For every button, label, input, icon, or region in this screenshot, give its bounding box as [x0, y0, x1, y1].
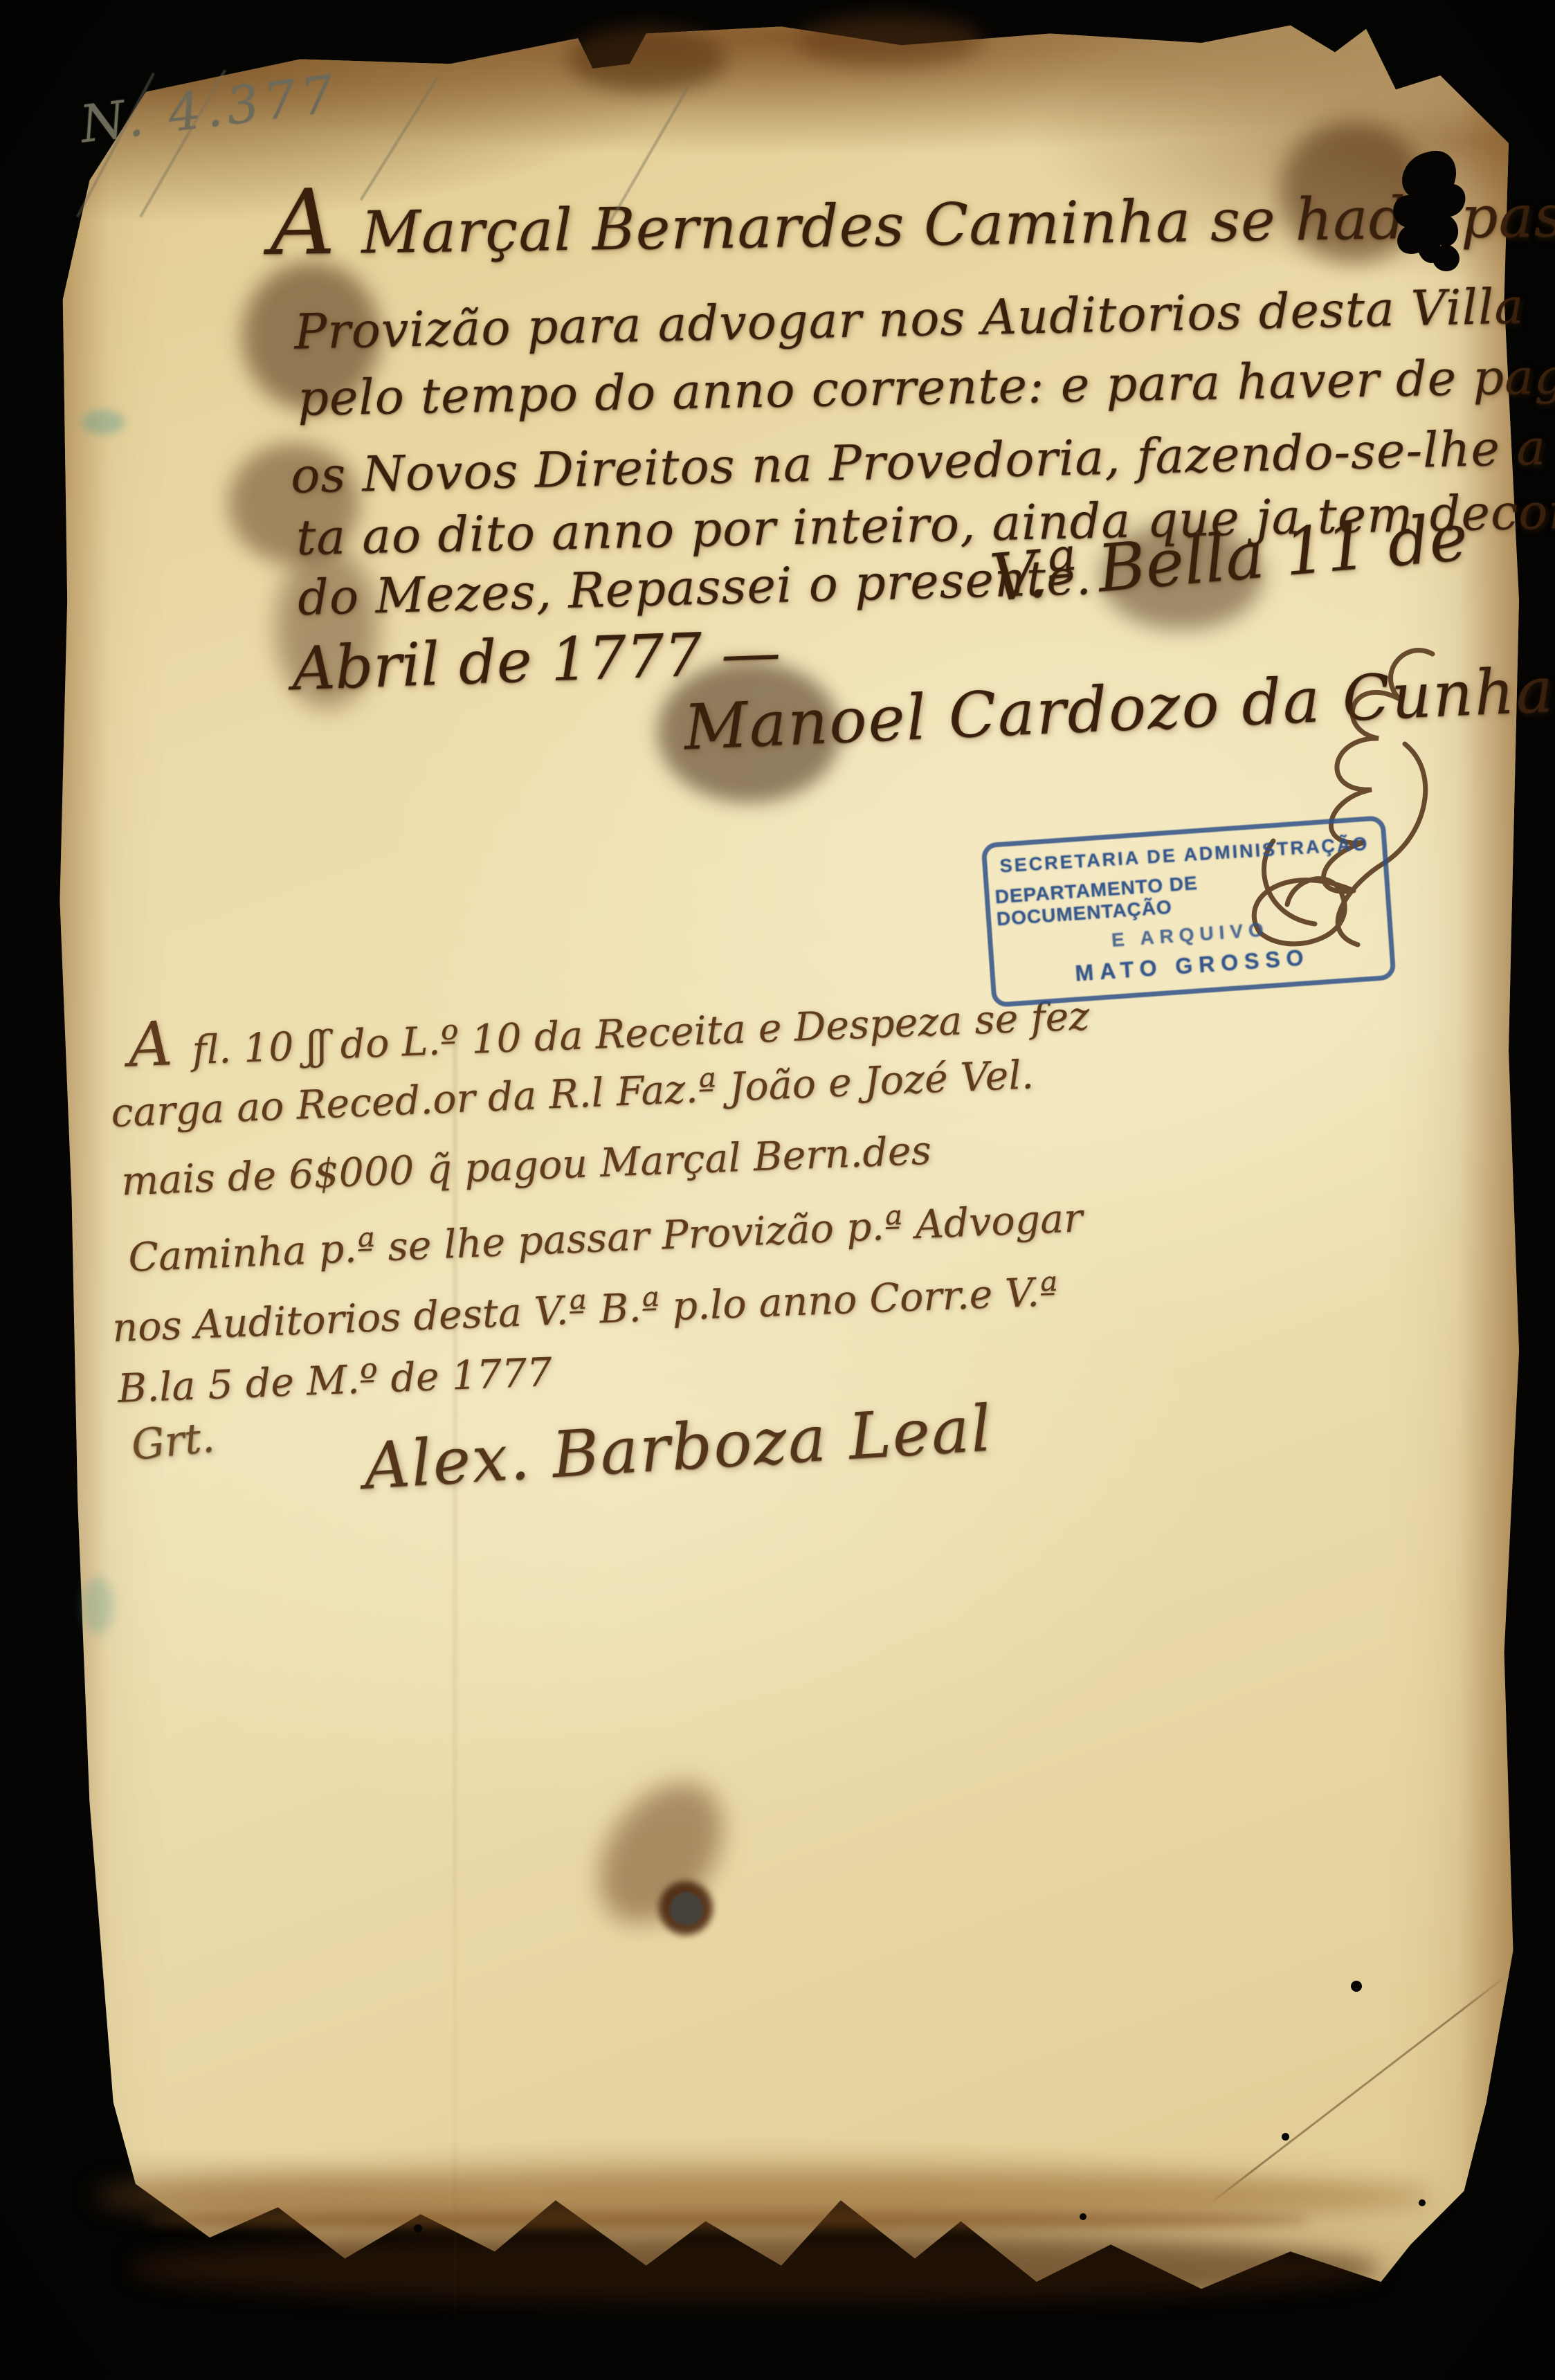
stamp-line: E ARQUIVO	[1111, 918, 1270, 952]
worm-hole	[414, 2224, 422, 2233]
worm-hole	[1080, 2213, 1086, 2220]
stamp-line: MATO GROSSO	[1074, 945, 1310, 987]
ink-burn-hole	[1384, 147, 1474, 275]
worm-hole	[1282, 2133, 1289, 2141]
archive-stamp: SECRETARIA DE ADMINISTRAÇÃO DEPARTAMENTO…	[981, 815, 1396, 1008]
letter-line: A Marçal Bernardes Caminha se hade passa…	[269, 151, 1555, 275]
worm-hole	[1351, 1981, 1362, 1992]
worm-hole	[1419, 2199, 1426, 2206]
scan-backdrop: N. 4.377 A Marçal Bernardes Caminha se h…	[0, 0, 1555, 2380]
registry-margin-note: Grt.	[129, 1413, 217, 1470]
